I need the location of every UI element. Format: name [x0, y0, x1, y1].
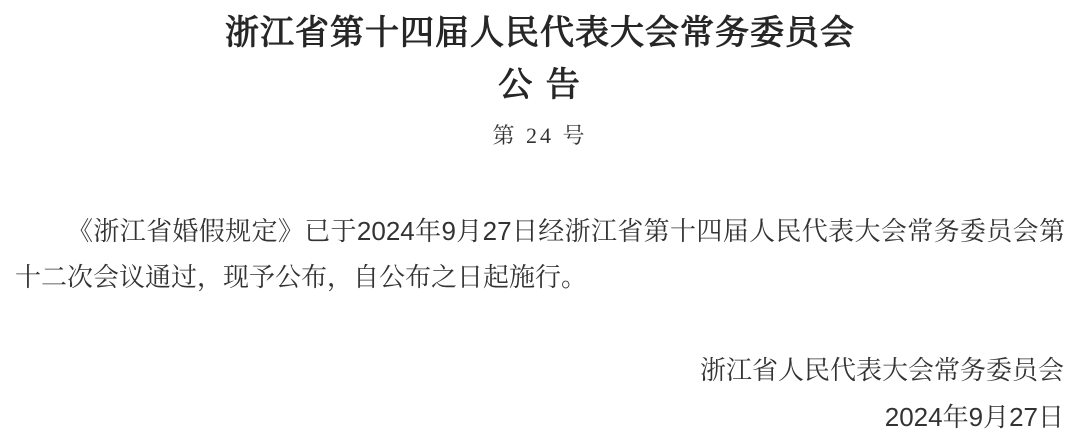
announcement-heading: 公 告	[0, 64, 1080, 106]
issue-date: 2024年9月27日	[0, 394, 1064, 441]
document-number-line: 第 24 号	[0, 121, 1080, 151]
issuing-authority: 浙江省人民代表大会常务委员会	[0, 347, 1064, 394]
body-paragraph: 《浙江省婚假规定》已于2024年9月27日经浙江省第十四届人民代表大会常务委员会…	[0, 208, 1080, 300]
signature-block: 浙江省人民代表大会常务委员会 2024年9月27日	[0, 347, 1080, 441]
announcement-document: 浙江省第十四届人民代表大会常务委员会 公 告 第 24 号 《浙江省婚假规定》已…	[0, 0, 1080, 445]
document-title: 浙江省第十四届人民代表大会常务委员会	[0, 0, 1080, 54]
